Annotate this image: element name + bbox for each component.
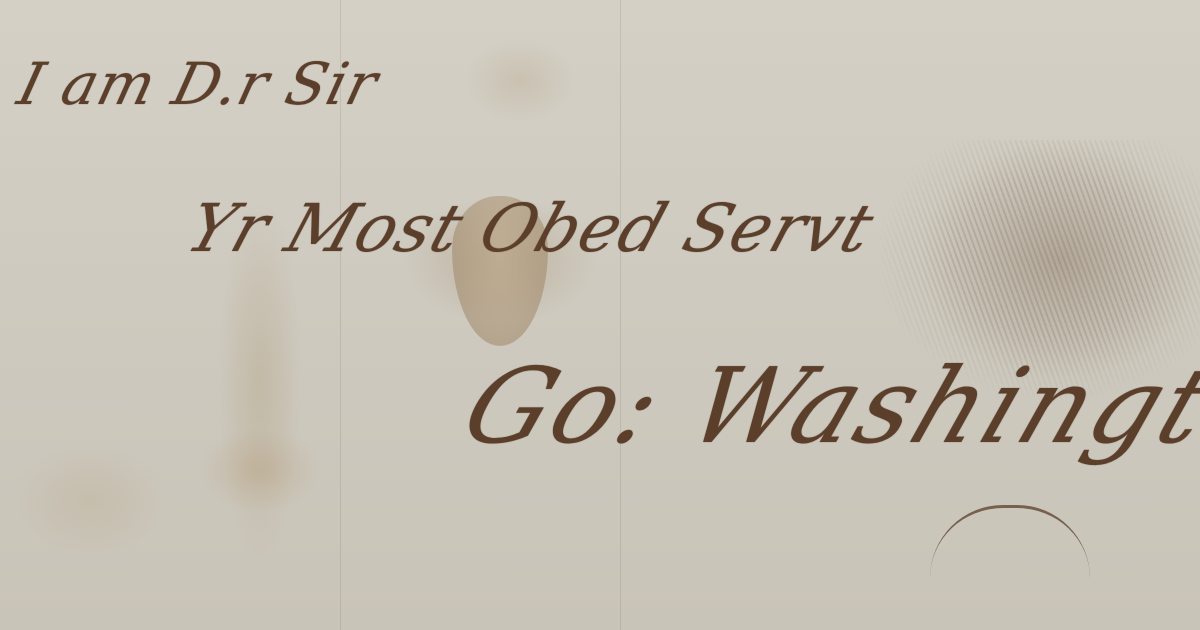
closing-phrase: Yr Most Obed Servt: [177, 190, 883, 267]
closing-salutation: I am D.r Sir: [12, 50, 385, 118]
signature-flourish: [930, 505, 1090, 578]
paper-fold-line: [620, 0, 621, 630]
aged-paper: I am D.r Sir Yr Most Obed Servt Go: Wash…: [0, 0, 1200, 630]
signature: Go: Washington: [448, 345, 1200, 467]
